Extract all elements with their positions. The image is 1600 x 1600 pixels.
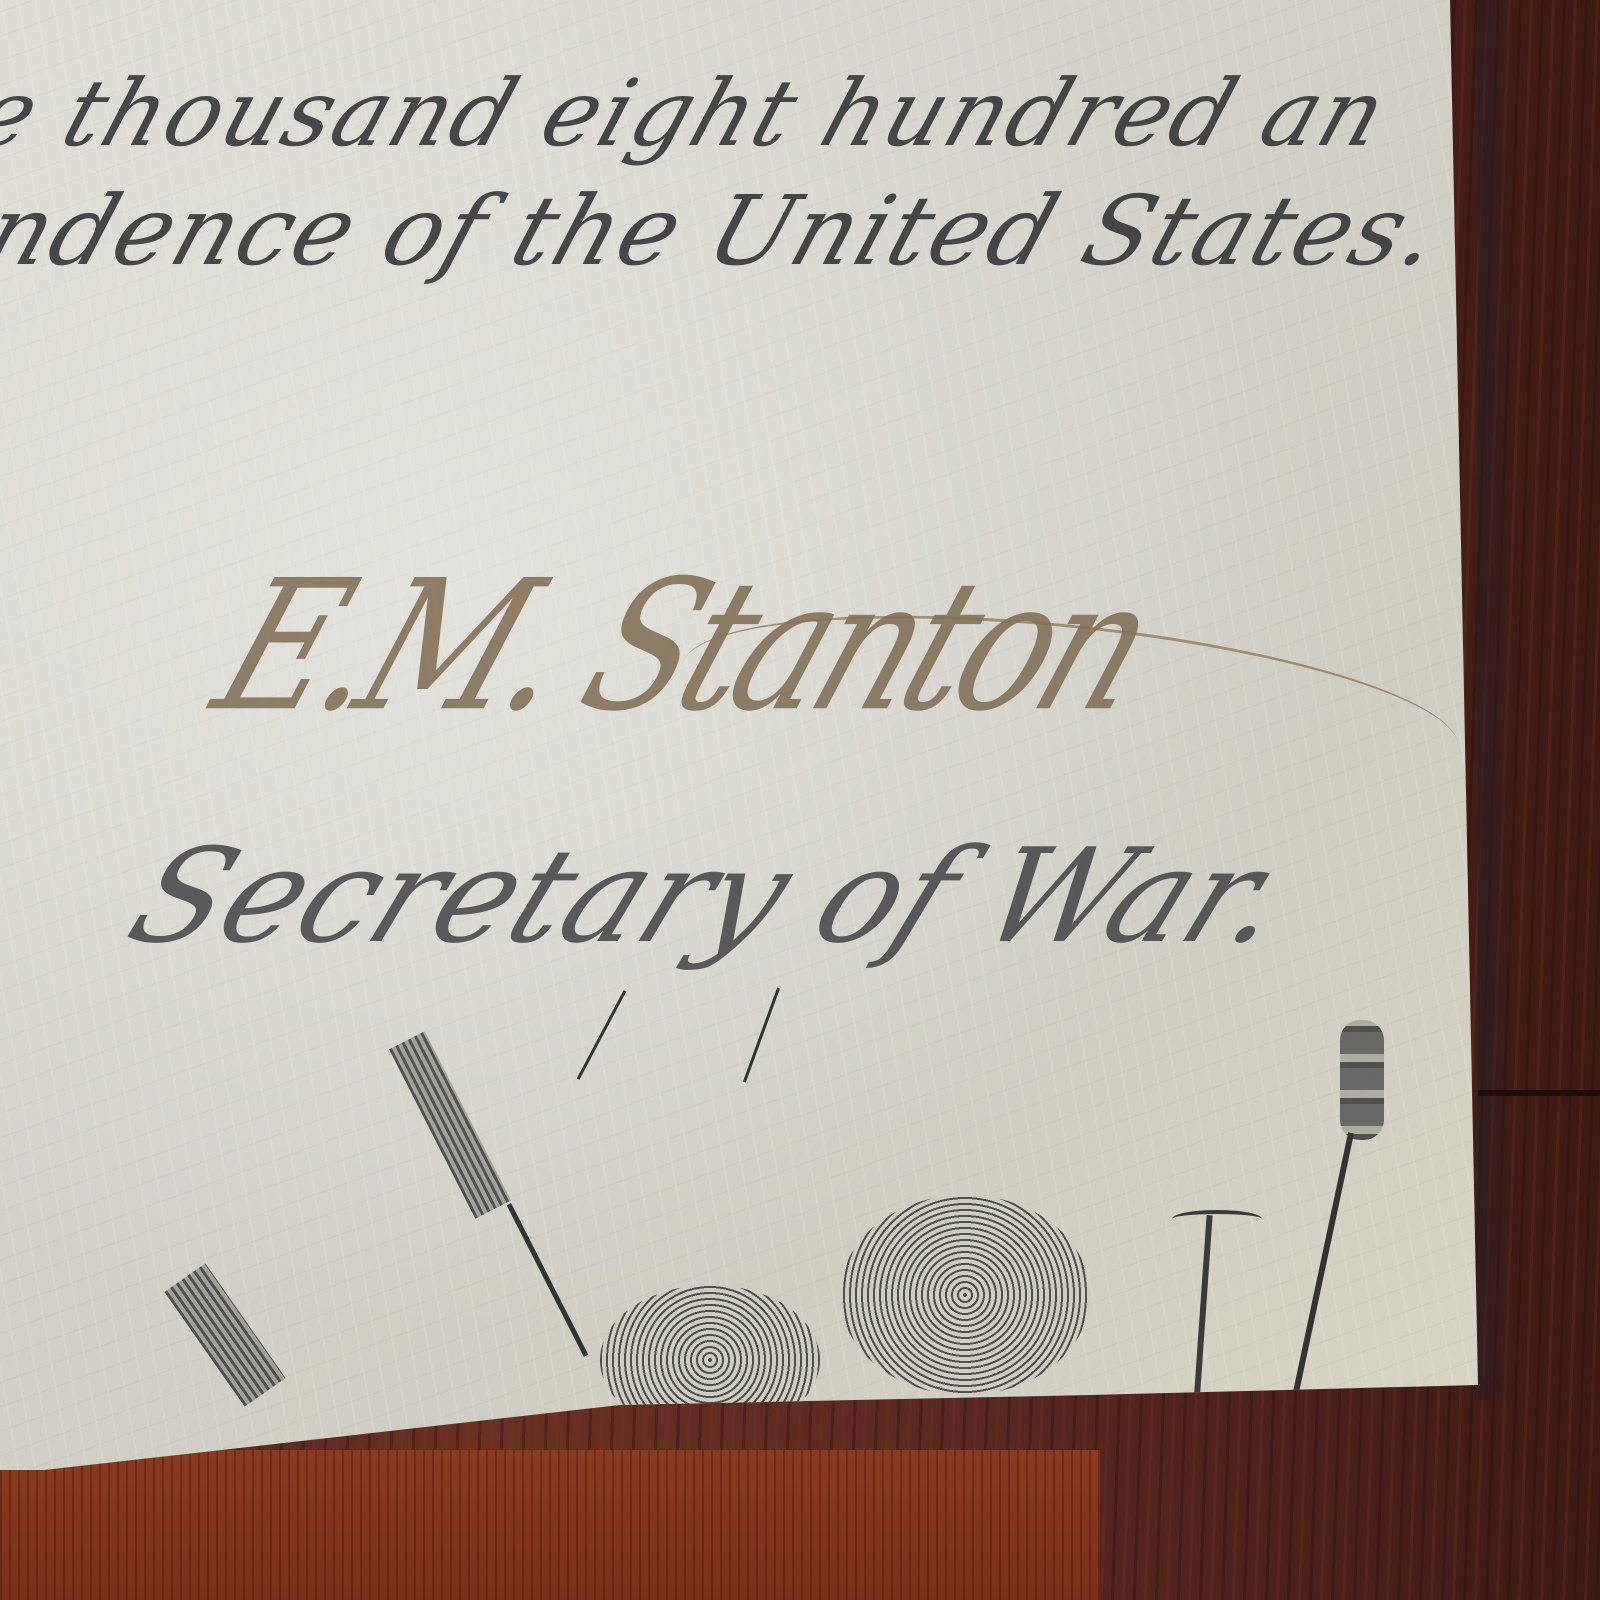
- engraved-pen-stroke: [743, 988, 780, 1083]
- document-paper: e thousand eight hundred an ndence of th…: [0, 0, 1510, 1470]
- signatory-title: Secretary of War.: [109, 820, 1312, 972]
- engraved-sponge-icon: [840, 1195, 1090, 1395]
- engraved-probe-rod: [1292, 1132, 1354, 1397]
- engraved-pen-stroke: [577, 990, 627, 1080]
- wood-seam: [1478, 1090, 1600, 1096]
- wood-grain-shadow: [1478, 0, 1518, 1400]
- document-text-line-1: e thousand eight hundred an: [0, 60, 1401, 167]
- engraved-instrument-rod: [507, 1203, 589, 1357]
- engraved-probe-icon: [1340, 1020, 1384, 1140]
- wood-board-lower: [0, 1450, 1100, 1600]
- engraved-hook-icon: [1172, 1210, 1262, 1228]
- engraved-instrument-handle-icon: [389, 1031, 511, 1218]
- engraved-instrument-handle-icon: [164, 1263, 285, 1406]
- engraved-hook-rod: [1193, 1215, 1212, 1405]
- document-text-line-2: ndence of the United States.: [0, 175, 1456, 287]
